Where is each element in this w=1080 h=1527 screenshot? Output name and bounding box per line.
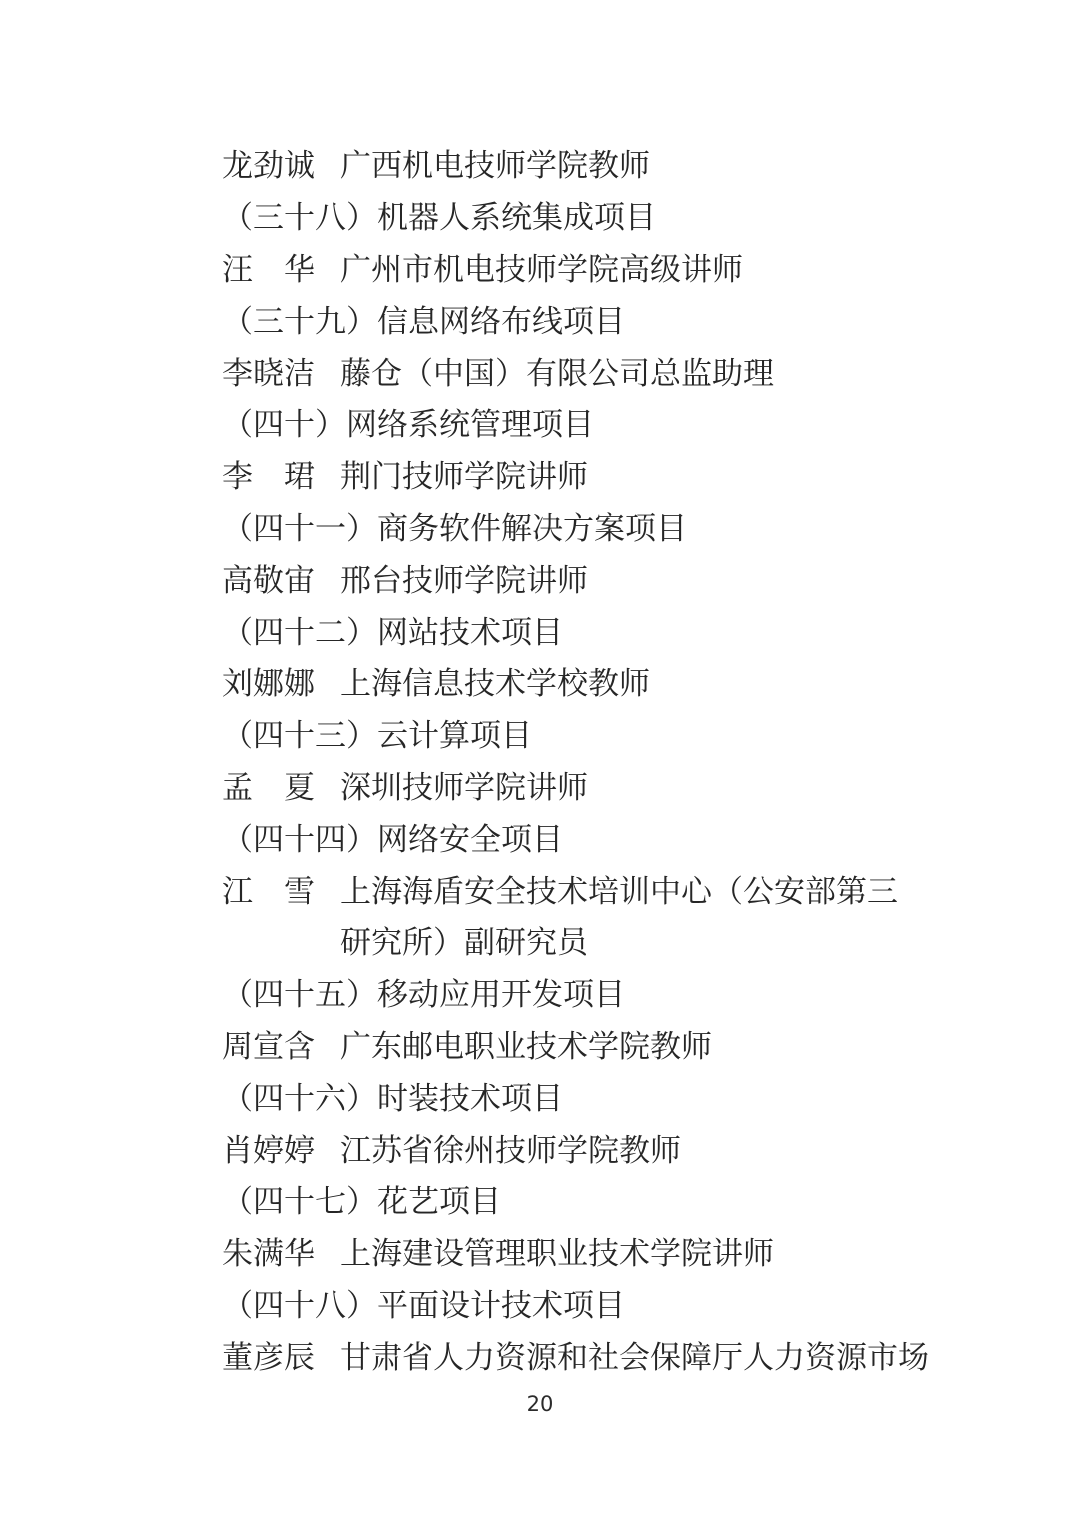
person-organization: 深圳技师学院讲师 (340, 762, 588, 807)
person-entry: 刘娜娜 上海信息技术学校教师 (222, 655, 942, 707)
person-entry: 汪 华 广州市机电技师学院高级讲师 (222, 241, 942, 293)
person-entry: 高敬宙 邢台技师学院讲师 (222, 551, 942, 603)
person-organization: 广东邮电职业技术学院教师 (340, 1021, 712, 1066)
project-heading: （四十三）云计算项目 (222, 707, 942, 759)
project-heading: （三十九）信息网络布线项目 (222, 292, 942, 344)
project-heading: （四十七）花艺项目 (222, 1173, 942, 1225)
person-entry: 李晓洁 藤仓（中国）有限公司总监助理 (222, 344, 942, 396)
person-entry: 李 珺 荆门技师学院讲师 (222, 448, 942, 500)
person-organization: 上海信息技术学校教师 (340, 658, 650, 703)
person-name: 肖婷婷 (222, 1125, 322, 1170)
person-organization: 荆门技师学院讲师 (340, 451, 588, 496)
person-entry: 董彦辰 甘肃省人力资源和社会保障厅人力资源市场 (222, 1328, 942, 1380)
project-heading: （四十）网络系统管理项目 (222, 396, 942, 448)
person-organization: 广州市机电技师学院高级讲师 (340, 244, 743, 289)
page-number: 20 (0, 1392, 1080, 1416)
person-name: 朱满华 (222, 1228, 322, 1273)
person-entry: 周宣含 广东邮电职业技术学院教师 (222, 1018, 942, 1070)
person-entry: 肖婷婷 江苏省徐州技师学院教师 (222, 1121, 942, 1173)
person-entry: 江 雪 上海海盾安全技术培训中心（公安部第三 (222, 862, 942, 914)
project-heading: （四十四）网络安全项目 (222, 810, 942, 862)
person-entry: 朱满华 上海建设管理职业技术学院讲师 (222, 1225, 942, 1277)
project-heading: （四十八）平面设计技术项目 (222, 1277, 942, 1329)
project-heading: （四十六）时装技术项目 (222, 1069, 942, 1121)
person-entry: 孟 夏 深圳技师学院讲师 (222, 759, 942, 811)
project-heading: （四十一）商务软件解决方案项目 (222, 500, 942, 552)
project-heading: （四十五）移动应用开发项目 (222, 966, 942, 1018)
person-organization: 上海建设管理职业技术学院讲师 (340, 1228, 774, 1273)
person-name: 周宣含 (222, 1021, 322, 1066)
person-name: 高敬宙 (222, 555, 322, 600)
person-name: 刘娜娜 (222, 658, 322, 703)
project-heading: （三十八）机器人系统集成项目 (222, 189, 942, 241)
document-page: 龙劲诚 广西机电技师学院教师 （三十八）机器人系统集成项目 汪 华 广州市机电技… (0, 0, 1080, 1527)
person-organization: 藤仓（中国）有限公司总监助理 (340, 348, 774, 393)
person-organization: 广西机电技师学院教师 (340, 140, 650, 185)
person-name: 龙劲诚 (222, 140, 322, 185)
person-name: 江 雪 (222, 866, 322, 911)
organization-continuation: 研究所）副研究员 (222, 914, 942, 966)
person-organization: 江苏省徐州技师学院教师 (340, 1125, 681, 1170)
person-name: 孟 夏 (222, 762, 322, 807)
person-name: 董彦辰 (222, 1332, 322, 1377)
person-organization: 邢台技师学院讲师 (340, 555, 588, 600)
document-body: 龙劲诚 广西机电技师学院教师 （三十八）机器人系统集成项目 汪 华 广州市机电技… (222, 137, 942, 1380)
person-name: 李晓洁 (222, 348, 322, 393)
project-heading: （四十二）网站技术项目 (222, 603, 942, 655)
person-entry: 龙劲诚 广西机电技师学院教师 (222, 137, 942, 189)
person-organization: 上海海盾安全技术培训中心（公安部第三 (340, 866, 898, 911)
person-name: 李 珺 (222, 451, 322, 496)
person-organization: 甘肃省人力资源和社会保障厅人力资源市场 (340, 1332, 929, 1377)
person-name: 汪 华 (222, 244, 322, 289)
